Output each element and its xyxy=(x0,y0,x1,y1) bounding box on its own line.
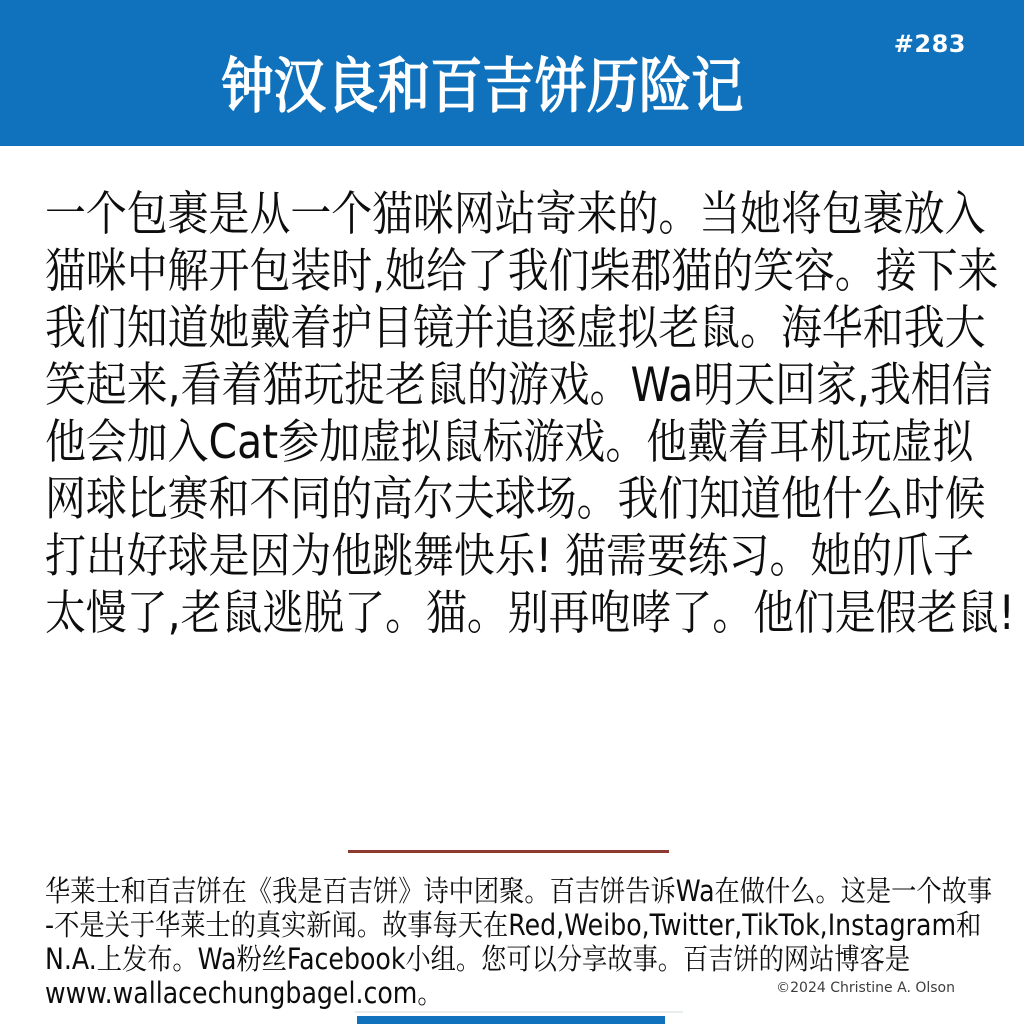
story-line: 网球比赛和不同的高尔夫球场。我们知道他什么时候 xyxy=(45,471,880,528)
red-divider xyxy=(348,850,669,853)
bottom-faint-line xyxy=(355,1011,683,1013)
footer-line: N.A.上发布。Wa粉丝Facebook小组。您可以分享故事。百吉饼的网站博客是 xyxy=(45,942,880,976)
page-title: 钟汉良和百吉饼历险记 xyxy=(37,56,928,118)
story-line: 一个包裹是从一个猫咪网站寄来的。当她将包裹放入 xyxy=(45,186,880,243)
website-url: www.wallacechungbagel.com。 xyxy=(45,976,880,1010)
issue-number: #283 xyxy=(894,30,966,58)
story-line: 猫咪中解开包装时,她给了我们柴郡猫的笑容。接下来 xyxy=(45,243,880,300)
header-banner: #283 钟汉良和百吉饼历险记 xyxy=(0,0,1024,146)
story-line: 他会加入Cat参加虚拟鼠标游戏。他戴着耳机玩虚拟 xyxy=(45,414,880,471)
story-card: #283 钟汉良和百吉饼历险记 一个包裹是从一个猫咪网站寄来的。当她将包裹放入 … xyxy=(0,0,1024,1024)
bottom-accent-bar xyxy=(357,1016,665,1024)
story-line: 太慢了,老鼠逃脱了。猫。别再咆哮了。他们是假老鼠! xyxy=(45,585,880,642)
story-line: 笑起来,看着猫玩捉老鼠的游戏。Wa明天回家,我相信 xyxy=(45,357,880,414)
story-line: 我们知道她戴着护目镜并追逐虚拟老鼠。海华和我大 xyxy=(45,300,880,357)
footer-line: -不是关于华莱士的真实新闻。故事每天在Red,Weibo,Twitter,Tik… xyxy=(45,908,880,942)
copyright: ©2024 Christine A. Olson xyxy=(776,980,955,996)
story-body: 一个包裹是从一个猫咪网站寄来的。当她将包裹放入 猫咪中解开包装时,她给了我们柴郡… xyxy=(45,186,1005,642)
footer-line: 华莱士和百吉饼在《我是百吉饼》诗中团聚。百吉饼告诉Wa在做什么。这是一个故事 xyxy=(45,874,880,908)
story-line: 打出好球是因为他跳舞快乐! 猫需要练习。她的爪子 xyxy=(45,528,880,585)
